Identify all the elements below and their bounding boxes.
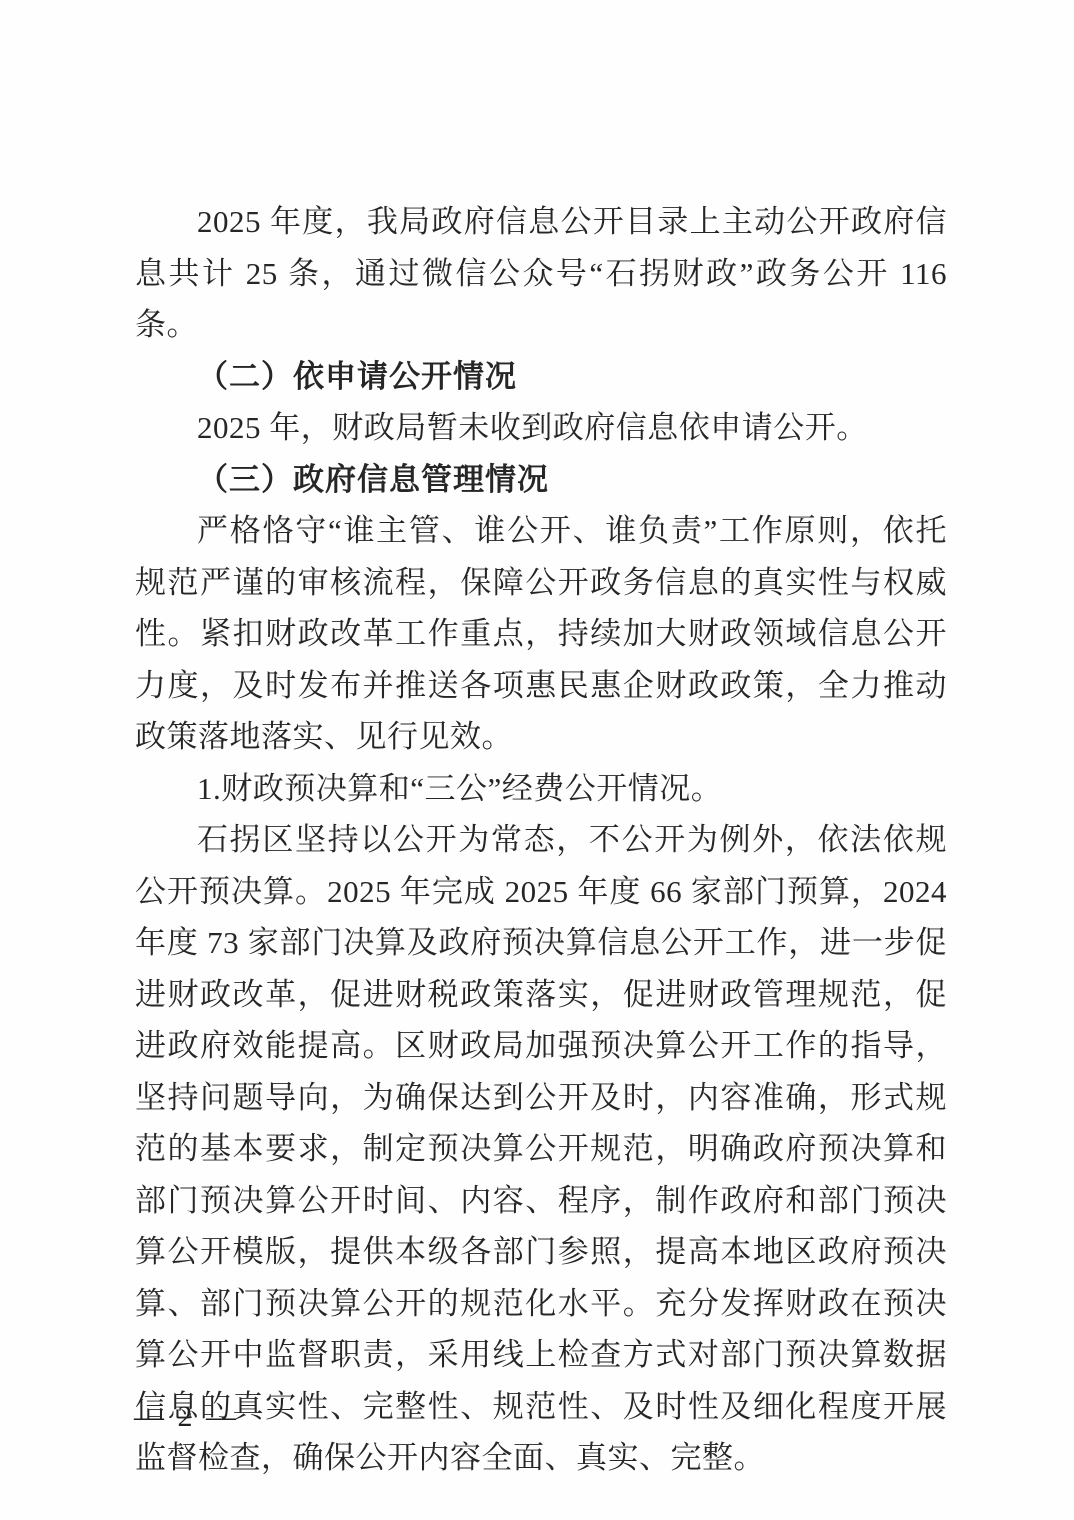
paragraph-on-request-status: 2025 年，财政局暂未收到政府信息依申请公开。 [135,402,947,454]
page-number: — 2 — [134,1400,239,1434]
paragraph-review-process: 严格恪守“谁主管、谁公开、谁负责”工作原则，依托规范严谨的审核流程，保障公开政务… [135,505,947,763]
document-body: 2025 年度，我局政府信息公开目录上主动公开政府信息共计 25 条，通过微信公… [135,196,947,1484]
paragraph-active-disclosure-stats: 2025 年度，我局政府信息公开目录上主动公开政府信息共计 25 条，通过微信公… [135,196,947,351]
subitem-budget-disclosure-title: 1.财政预决算和“三公”经费公开情况。 [135,763,947,815]
section-heading-info-management: （三）政府信息管理情况 [135,454,947,506]
document-page: 2025 年度，我局政府信息公开目录上主动公开政府信息共计 25 条，通过微信公… [0,0,1074,1520]
section-heading-on-request-disclosure: （二）依申请公开情况 [135,351,947,403]
paragraph-budget-disclosure-detail: 石拐区坚持以公开为常态，不公开为例外，依法依规公开预决算。2025 年完成 20… [135,814,947,1484]
